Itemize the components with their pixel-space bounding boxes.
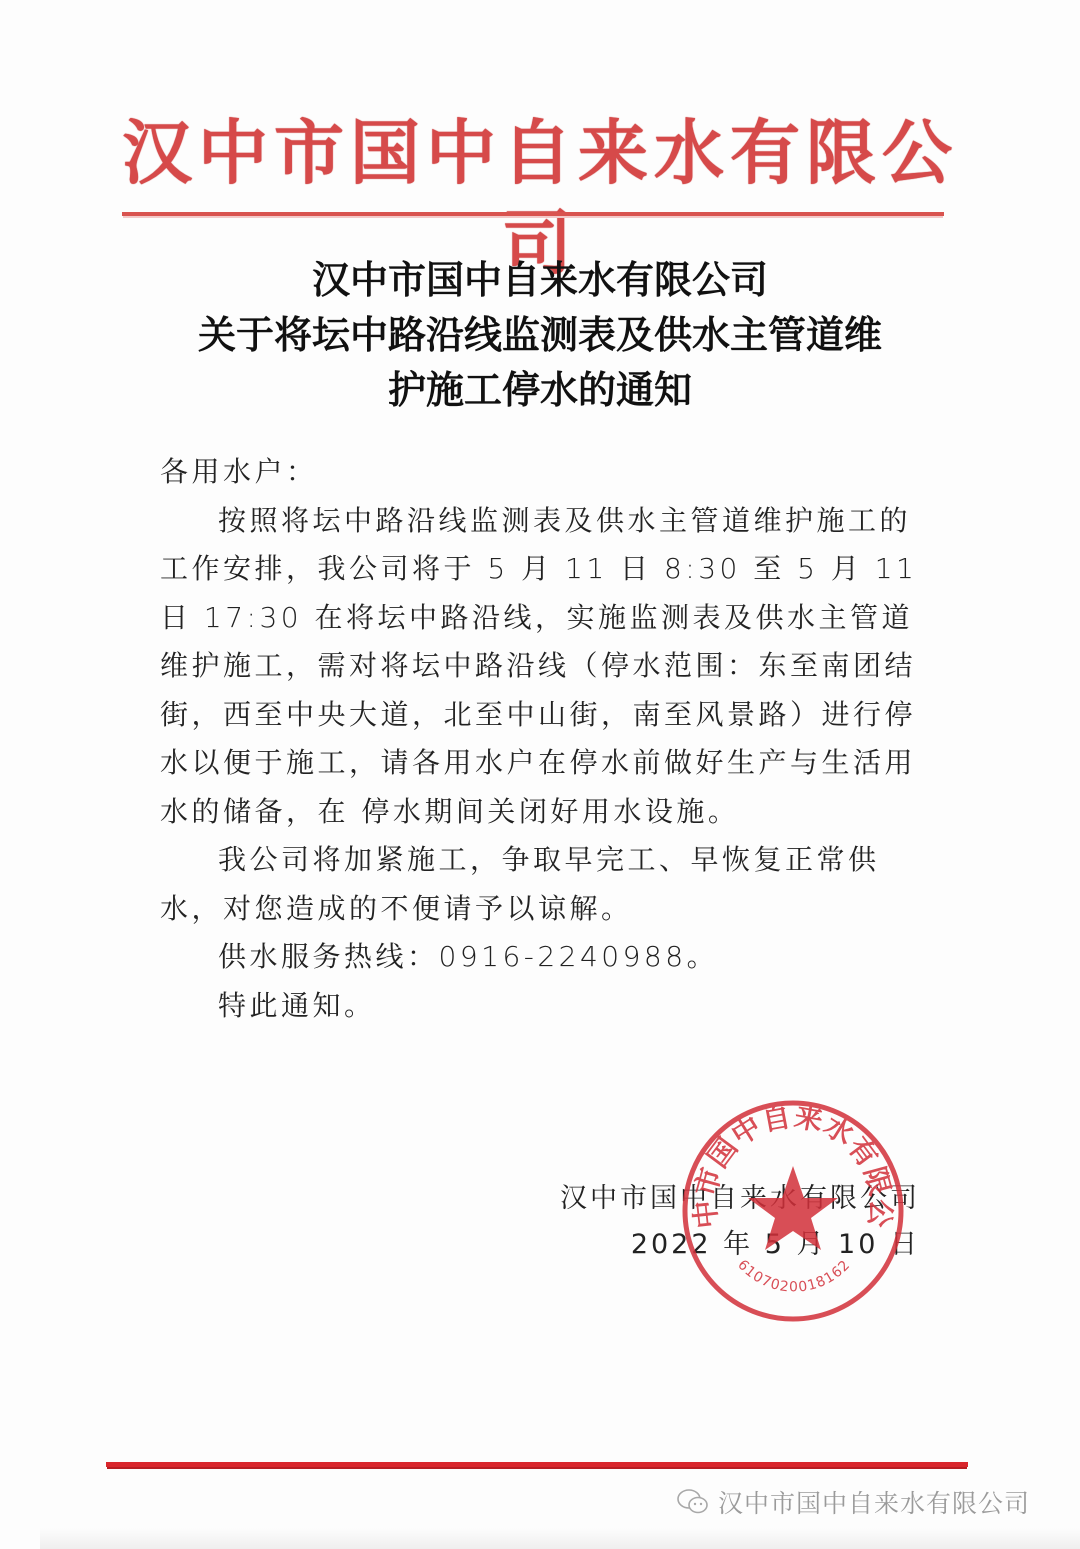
wechat-watermark: 汉中市国中自来水有限公司 [676, 1484, 1030, 1520]
title-line-1: 汉中市国中自来水有限公司 [120, 252, 960, 307]
scan-edge-shadow [40, 1528, 1080, 1549]
official-seal-icon: 汉中市国中自来水有限公司 6107020018162 [680, 1098, 906, 1324]
title-line-2: 关于将坛中路沿线监测表及供水主管道维 [120, 307, 960, 362]
paragraph-main: 按照将坛中路沿线监测表及供水主管道维护施工的工作安排，我公司将于 5 月 11 … [160, 497, 920, 837]
paragraph-apology: 我公司将加紧施工，争取早完工、早恢复正常供水，对您造成的不便请予以谅解。 [160, 836, 920, 933]
wechat-icon [676, 1488, 710, 1516]
salutation: 各用水户： [160, 448, 920, 497]
svg-text:6107020018162: 6107020018162 [734, 1257, 854, 1296]
seal-number: 6107020018162 [734, 1257, 854, 1296]
footer-red-rule [106, 1462, 968, 1467]
paragraph-closing: 特此通知。 [160, 982, 920, 1031]
letterhead-red-rule [122, 212, 944, 216]
document-page: 汉中市国中自来水有限公司 汉中市国中自来水有限公司 关于将坛中路沿线监测表及供水… [0, 0, 1080, 1549]
title-line-3: 护施工停水的通知 [120, 362, 960, 417]
paragraph-hotline: 供水服务热线：0916-2240988。 [160, 933, 920, 982]
notice-title: 汉中市国中自来水有限公司 关于将坛中路沿线监测表及供水主管道维 护施工停水的通知 [120, 252, 960, 417]
notice-body: 各用水户： 按照将坛中路沿线监测表及供水主管道维护施工的工作安排，我公司将于 5… [160, 448, 920, 1030]
watermark-text: 汉中市国中自来水有限公司 [718, 1484, 1030, 1520]
